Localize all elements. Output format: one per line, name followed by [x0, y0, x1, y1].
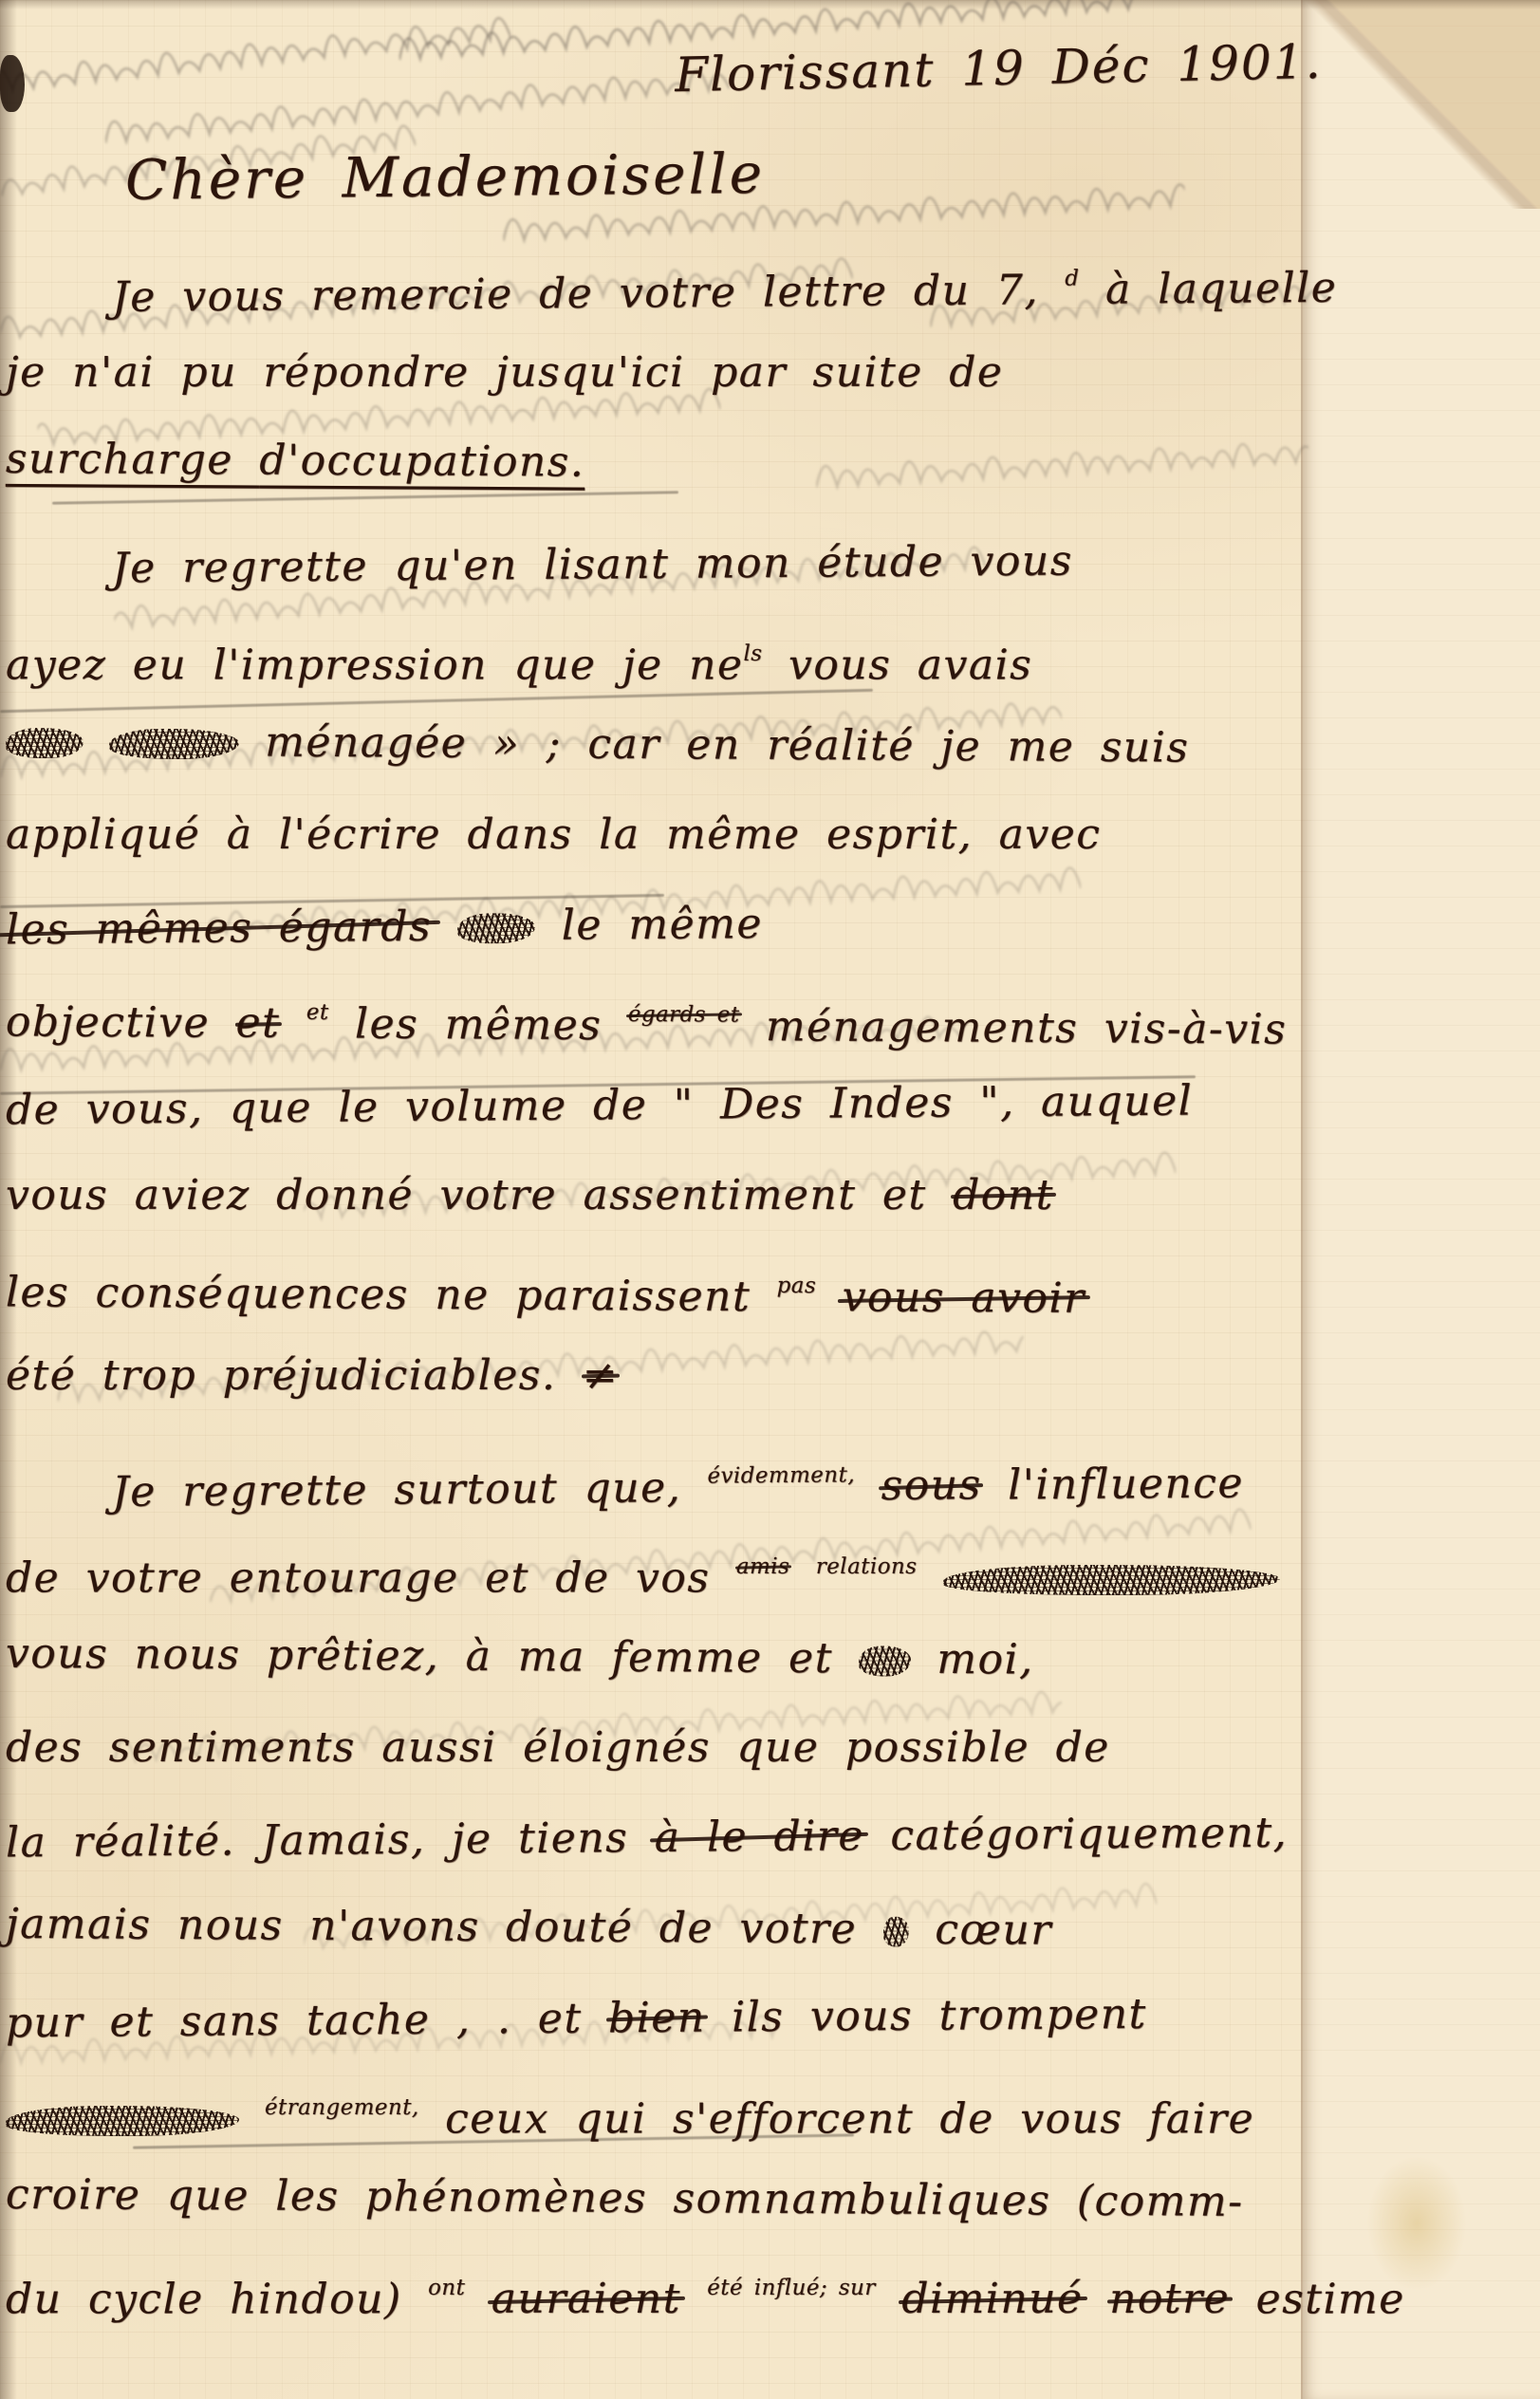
letter-line: les mêmes égards le même — [6, 875, 1297, 976]
text-segment: jamais nous n'avons douté de votre — [6, 1900, 883, 1954]
text-segment: d'occupations. — [259, 436, 584, 486]
struck-text: ≠ — [583, 1351, 619, 1400]
letter-page: { "document": { "type": "handwritten let… — [0, 0, 1540, 2399]
letter-line: été trop préjudiciables. ≠ — [6, 1330, 1296, 1421]
text-segment: croire que les phénomènes somnambuliques… — [6, 2170, 1244, 2226]
text-segment: ménagée » ; car en réalité je me suis — [239, 717, 1190, 772]
text-segment: catégoriquement, — [864, 1809, 1289, 1861]
letter-paragraph: Je regrette surtout que, évidemment, sou… — [6, 1432, 1296, 2334]
struck-text: les mêmes égards — [6, 902, 432, 955]
text-segment — [83, 716, 110, 765]
text-segment: Je regrette surtout que, — [112, 1463, 708, 1516]
text-segment — [280, 999, 306, 1048]
text-segment: les mêmes — [328, 999, 628, 1050]
text-segment: vous avais — [763, 641, 1033, 689]
inserted-text: été influé; sur — [707, 2276, 876, 2300]
text-segment: vous nous prêtiez, à ma femme et — [6, 1629, 860, 1683]
text-segment — [432, 902, 458, 951]
struck-text: dont — [953, 1171, 1054, 1219]
text-segment — [876, 2275, 902, 2323]
text-segment: je n'ai pu répondre jusqu'ici par suite … — [6, 348, 1003, 397]
dateline: Florissant 19 Déc 1901. — [0, 0, 1540, 117]
letter-line: du cycle hindou) ont auraient été influé… — [6, 2243, 1296, 2334]
letter-line: les conséquences ne paraissent pas vous … — [6, 1237, 1297, 1334]
scribbled-out-text — [859, 1646, 911, 1676]
letter-paragraph: Je vous remercie de votre lettre du 7, d… — [6, 237, 1296, 508]
scribbled-out-text — [6, 2106, 239, 2136]
text-segment: ceux qui s'efforcent de vous faire — [419, 2094, 1254, 2143]
text-segment: l'influence — [981, 1460, 1244, 1510]
scribbled-out-text — [457, 913, 535, 943]
letter-line: Je vous remercie de votre lettre du 7, d… — [6, 232, 1297, 333]
inserted-text: évidemment, — [707, 1462, 855, 1488]
struck-text: égards et — [628, 1002, 740, 1028]
scribbled-out-text — [109, 728, 239, 759]
letter-line: jamais nous n'avons douté de votre cœur — [6, 1879, 1297, 1977]
text-segment: ménagements vis-à-vis — [739, 1002, 1287, 1054]
letter-line: surcharge d'occupations. — [6, 414, 1297, 511]
letter-line: étrangement, ceux qui s'efforcent de vou… — [6, 2063, 1296, 2153]
text-segment: ayez eu l'impression que je ne — [6, 641, 743, 689]
text-segment: Je vous remercie de votre lettre du 7, — [112, 266, 1066, 322]
letter-line: ayez eu l'impression que je nels vous av… — [6, 609, 1296, 699]
text-segment: de vous, que le volume de " Des Indes ",… — [6, 1077, 1194, 1135]
letter-paragraph: Je regrette qu'en lisant mon étude vousa… — [6, 519, 1296, 1421]
struck-text: auraient — [492, 2275, 681, 2323]
text-segment — [681, 2275, 708, 2323]
text-segment — [855, 1462, 881, 1511]
text-segment: des sentiments aussi éloignés que possib… — [6, 1723, 1110, 1772]
letter-line: appliqué à l'écrire dans la même esprit,… — [6, 790, 1296, 880]
text-segment: appliqué à l'écrire dans la même esprit,… — [6, 810, 1101, 859]
letter-line: vous nous prêtiez, à ma femme et moi, — [6, 1609, 1297, 1706]
letter-line: Je regrette qu'en lisant mon étude vous — [6, 514, 1297, 615]
letter-content: Florissant 19 Déc 1901. Chère Mademoisel… — [0, 0, 1540, 2334]
text-segment: moi, — [911, 1635, 1034, 1684]
text-segment — [816, 1274, 843, 1322]
inserted-text: pas — [777, 1274, 817, 1298]
letter-line: objective et et les mêmes égards et ména… — [6, 966, 1297, 1064]
text-segment: pur et sans tache , . et — [6, 1994, 608, 2047]
text-segment: Je regrette qu'en lisant mon étude vous — [112, 537, 1073, 593]
text-segment: été trop préjudiciables. — [6, 1351, 583, 1400]
struck-text: sous — [881, 1461, 981, 1511]
letter-line: de votre entourage et de vos amis relati… — [6, 1522, 1296, 1612]
text-segment — [789, 1553, 816, 1602]
inserted-text: et — [306, 1000, 329, 1025]
text-segment: objective — [6, 997, 236, 1047]
letter-line: pur et sans tache , . et bien ils vous t… — [6, 1968, 1297, 2069]
text-segment: à laquelle — [1079, 264, 1337, 314]
text-segment — [918, 1553, 944, 1602]
text-segment: de votre entourage et de vos — [6, 1553, 736, 1602]
struck-text: notre — [1109, 2275, 1230, 2323]
letter-line: je n'ai pu répondre jusqu'ici par suite … — [6, 327, 1296, 418]
letter-line: des sentiments aussi éloignés que possib… — [6, 1702, 1296, 1793]
struck-text: à le dire — [655, 1812, 865, 1862]
letter-line: croire que les phénomènes somnambuliques… — [6, 2149, 1297, 2247]
letter-line: ménagée » ; car en réalité je me suis — [6, 696, 1297, 793]
salutation: Chère Mademoiselle — [125, 133, 1540, 213]
letter-body: Je vous remercie de votre lettre du 7, d… — [6, 237, 1296, 2334]
struck-text: amis — [736, 1554, 789, 1579]
letter-line: vous aviez donné votre assentiment et do… — [6, 1150, 1296, 1240]
struck-text: diminué — [901, 2275, 1083, 2323]
text-segment: du cycle hindou) — [6, 2275, 428, 2323]
text-segment: surcharge — [6, 435, 260, 485]
text-segment: estime — [1230, 2275, 1405, 2323]
text-segment: vous aviez donné votre assentiment et — [6, 1171, 953, 1219]
letter-line: la réalité. Jamais, je tiens à le dire c… — [6, 1788, 1297, 1888]
inserted-text: étrangement, — [265, 2095, 419, 2120]
scribbled-out-text — [882, 1916, 908, 1946]
inserted-text: relations — [816, 1554, 918, 1579]
inserted-text: ont — [428, 2276, 465, 2300]
text-segment: cœur — [909, 1906, 1052, 1955]
inserted-text: ls — [743, 642, 762, 666]
text-segment — [465, 2275, 492, 2323]
struck-text: et — [235, 999, 280, 1048]
letter-line: de vous, que le volume de " Des Indes ",… — [6, 1055, 1297, 1156]
text-segment: les conséquences ne paraissent — [6, 1268, 777, 1321]
text-segment: le même — [535, 900, 763, 950]
struck-text: vous avoir — [843, 1274, 1085, 1324]
scribbled-out-text — [6, 728, 83, 758]
scribbled-out-text — [943, 1565, 1280, 1595]
inserted-text: d — [1065, 266, 1079, 290]
text-segment: ils vous trompent — [705, 1990, 1146, 2042]
text-segment — [239, 2094, 266, 2143]
struck-text: bien — [608, 1994, 706, 2043]
letter-line: Je regrette surtout que, évidemment, sou… — [6, 1427, 1297, 1528]
text-segment: la réalité. Jamais, je tiens — [6, 1813, 655, 1867]
